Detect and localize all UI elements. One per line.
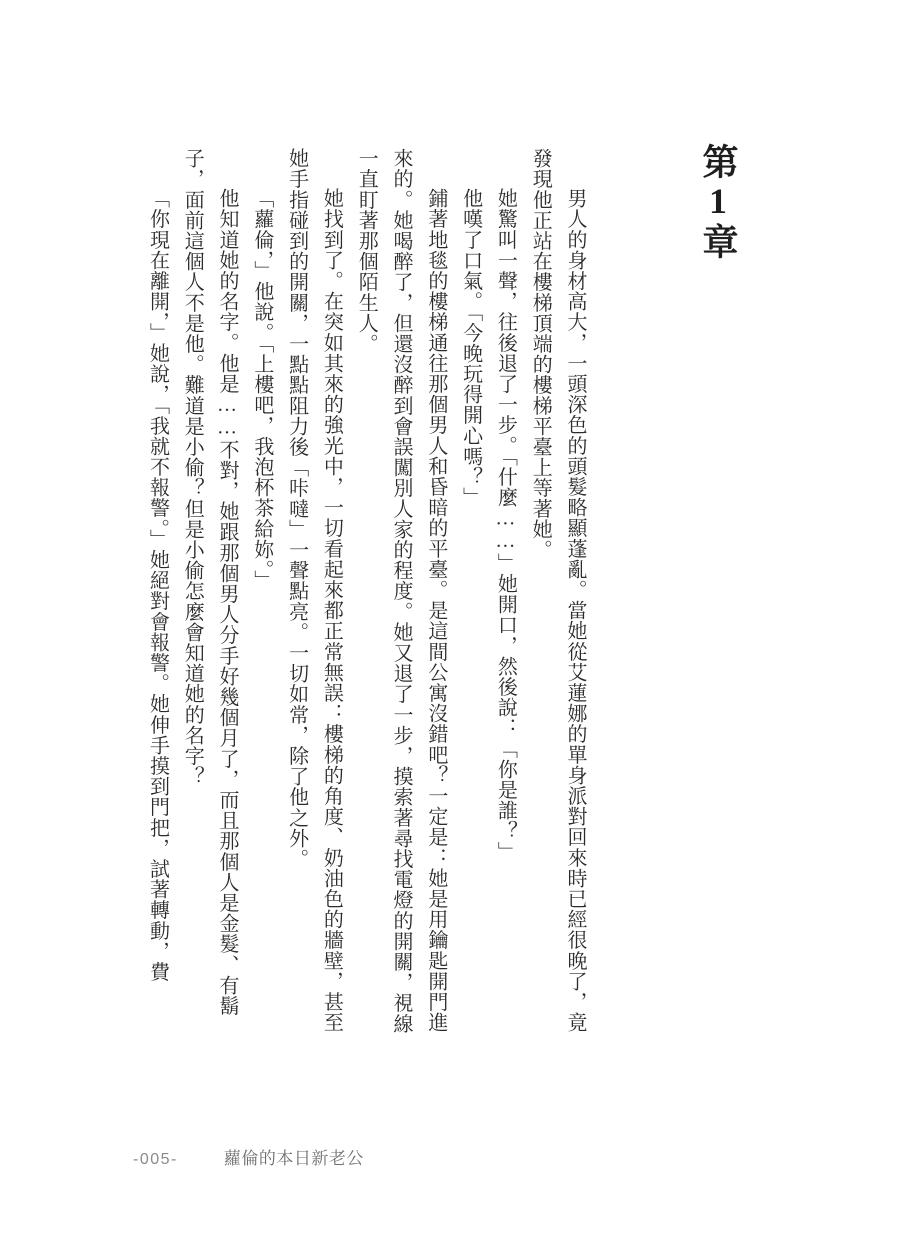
book-page: 第1章 男人的身材高大，一頭深色的頭髮略顯蓬亂。當她從艾蓮娜的單身派對回來時已經…: [0, 0, 904, 1255]
book-title: 蘿倫的本日新老公: [224, 1144, 364, 1169]
page-content: 第1章 男人的身材高大，一頭深色的頭髮略顯蓬亂。當她從艾蓮娜的單身派對回來時已經…: [140, 148, 740, 1038]
paragraph: 她找到了。在突如其來的強光中，一切看起來都正常無誤：樓梯的角度、奶油色的牆壁，甚…: [279, 148, 349, 1038]
chapter-title: 第1章: [696, 143, 740, 1038]
paragraph: 鋪著地毯的樓梯通往那個男人和昏暗的平臺。是這間公寓沒錯吧？一定是：她是用鑰匙開門…: [348, 148, 452, 1038]
page-number: -005-: [133, 1151, 178, 1169]
paragraph: 他嘆了口氣。「今晚玩得開心嗎？」: [453, 148, 488, 1038]
paragraph: 他知道她的名字。他是……不對，她跟那個男人分手好幾個月了，而且那個人是金髮、有鬍…: [174, 148, 244, 1038]
paragraph: 她驚叫一聲，往後退了一步。「什麼……」她開口，然後說：「你是誰？」: [488, 148, 523, 1038]
paragraph: 男人的身材高大，一頭深色的頭髮略顯蓬亂。當她從艾蓮娜的單身派對回來時已經很晚了，…: [522, 148, 592, 1038]
paragraph: 「蘿倫，」他說。「上樓吧，我泡杯茶給妳。」: [244, 148, 279, 1038]
paragraph: 「你現在離開，」她說，「我就不報警。」她絕對會報警。她伸手摸到門把，試著轉動，費: [140, 148, 175, 1038]
page-footer: -005- 蘿倫的本日新老公: [133, 1144, 364, 1169]
body-text: 男人的身材高大，一頭深色的頭髮略顯蓬亂。當她從艾蓮娜的單身派對回來時已經很晚了，…: [140, 148, 592, 1038]
